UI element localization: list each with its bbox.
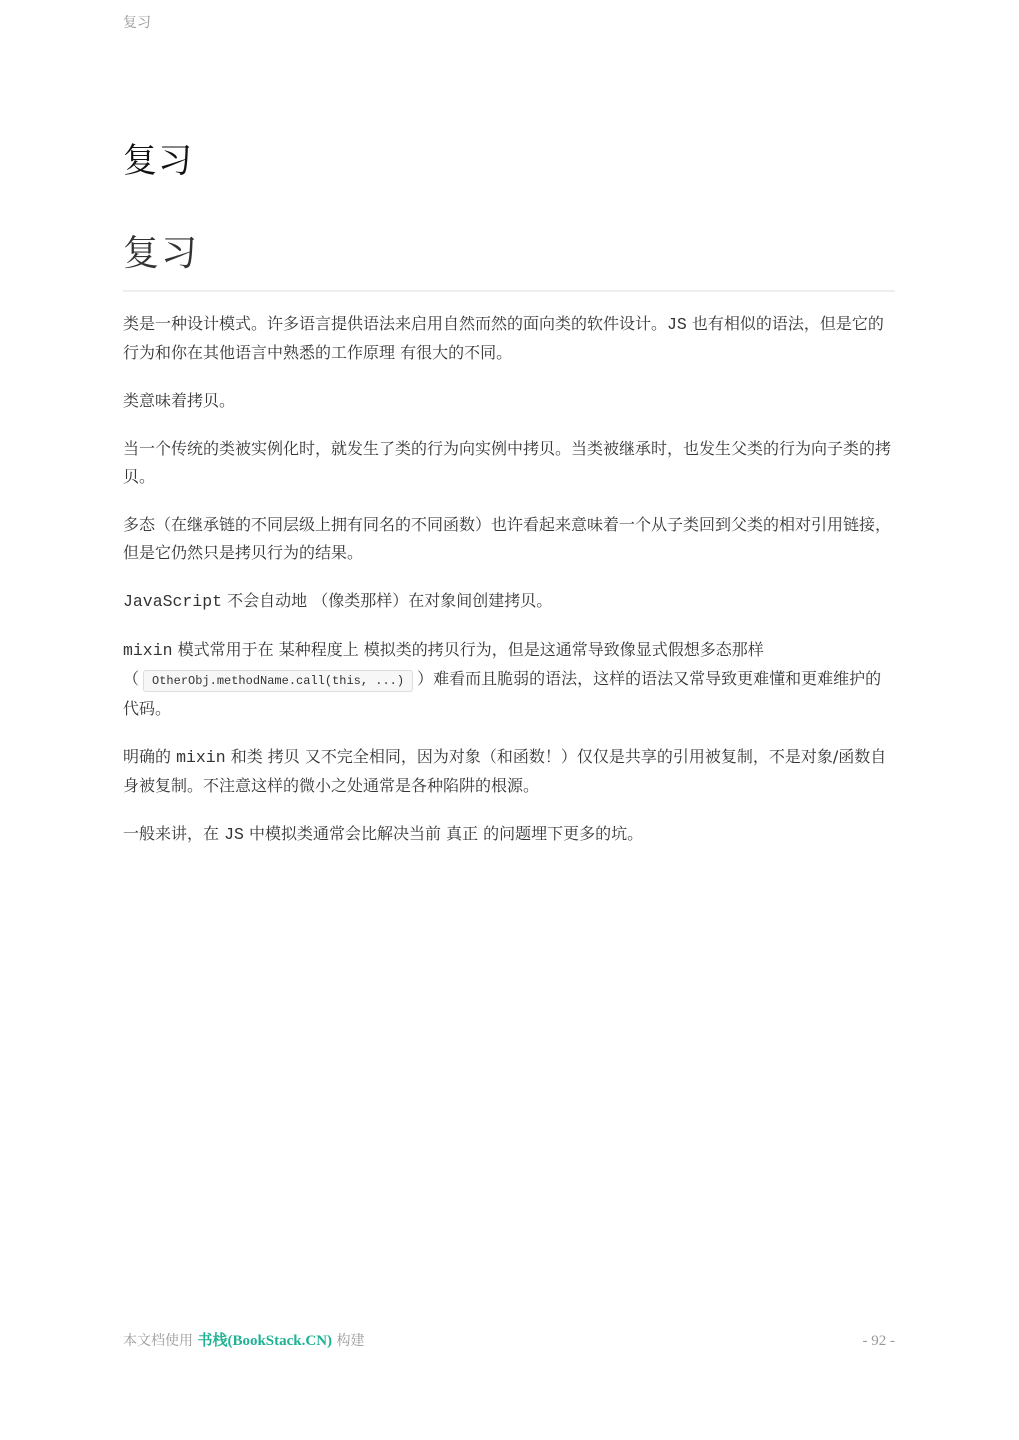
- text: 中模拟类通常会比解决当前 真正 的问题埋下更多的坑。: [244, 824, 643, 843]
- bookstack-link[interactable]: 书栈(BookStack.CN): [197, 1333, 332, 1349]
- paragraph-mixin-pattern: mixin 模式常用于在 某种程度上 模拟类的拷贝行为，但是这通常导致像显式假想…: [123, 636, 895, 723]
- document-content: 复习 复习 类是一种设计模式。许多语言提供语法来启用自然而然的面向类的软件设计。…: [123, 138, 895, 869]
- footer-prefix: 本文档使用: [123, 1333, 197, 1349]
- paragraph-javascript-no-copy: JavaScript 不会自动地 （像类那样）在对象间创建拷贝。: [123, 587, 895, 616]
- inline-term-js: JS: [224, 825, 244, 844]
- chapter-title: 复习: [123, 138, 895, 184]
- inline-term-js: JS: [667, 315, 687, 334]
- paragraph-instantiation: 当一个传统的类被实例化时，就发生了类的行为向实例中拷贝。当类被继承时，也发生父类…: [123, 435, 895, 491]
- inline-term-javascript: JavaScript: [123, 592, 222, 611]
- text: 一般来讲，在: [123, 824, 224, 843]
- text: 不会自动地 （像类那样）在对象间创建拷贝。: [222, 591, 552, 610]
- paragraph-class-means-copy: 类意味着拷贝。: [123, 387, 895, 415]
- page-footer: 本文档使用 书栈(BookStack.CN) 构建 - 92 -: [123, 1331, 895, 1351]
- section-title: 复习: [123, 230, 895, 292]
- inline-term-mixin: mixin: [123, 641, 173, 660]
- inline-term-mixin: mixin: [176, 748, 226, 767]
- paragraph-explicit-mixin: 明确的 mixin 和类 拷贝 又不完全相同，因为对象（和函数！）仅仅是共享的引…: [123, 743, 895, 800]
- page-number: - 92 -: [863, 1331, 896, 1351]
- running-header: 复习: [123, 13, 151, 33]
- paragraph-class-design-pattern: 类是一种设计模式。许多语言提供语法来启用自然而然的面向类的软件设计。JS 也有相…: [123, 310, 895, 367]
- footer-suffix: 构建: [332, 1333, 364, 1349]
- paragraph-conclusion: 一般来讲，在 JS 中模拟类通常会比解决当前 真正 的问题埋下更多的坑。: [123, 820, 895, 849]
- paragraphs: 类是一种设计模式。许多语言提供语法来启用自然而然的面向类的软件设计。JS 也有相…: [123, 310, 895, 849]
- inline-code-method-call: OtherObj.methodName.call(this, ...): [143, 670, 413, 692]
- paragraph-polymorphism: 多态（在继承链的不同层级上拥有同名的不同函数）也许看起来意味着一个从子类回到父类…: [123, 511, 895, 567]
- text: 明确的: [123, 747, 176, 766]
- text: 类是一种设计模式。许多语言提供语法来启用自然而然的面向类的软件设计。: [123, 314, 667, 333]
- text: 和类 拷贝 又不完全相同，因为对象（和函数！）仅仅是共享的引用被复制，不是对象/…: [123, 747, 886, 795]
